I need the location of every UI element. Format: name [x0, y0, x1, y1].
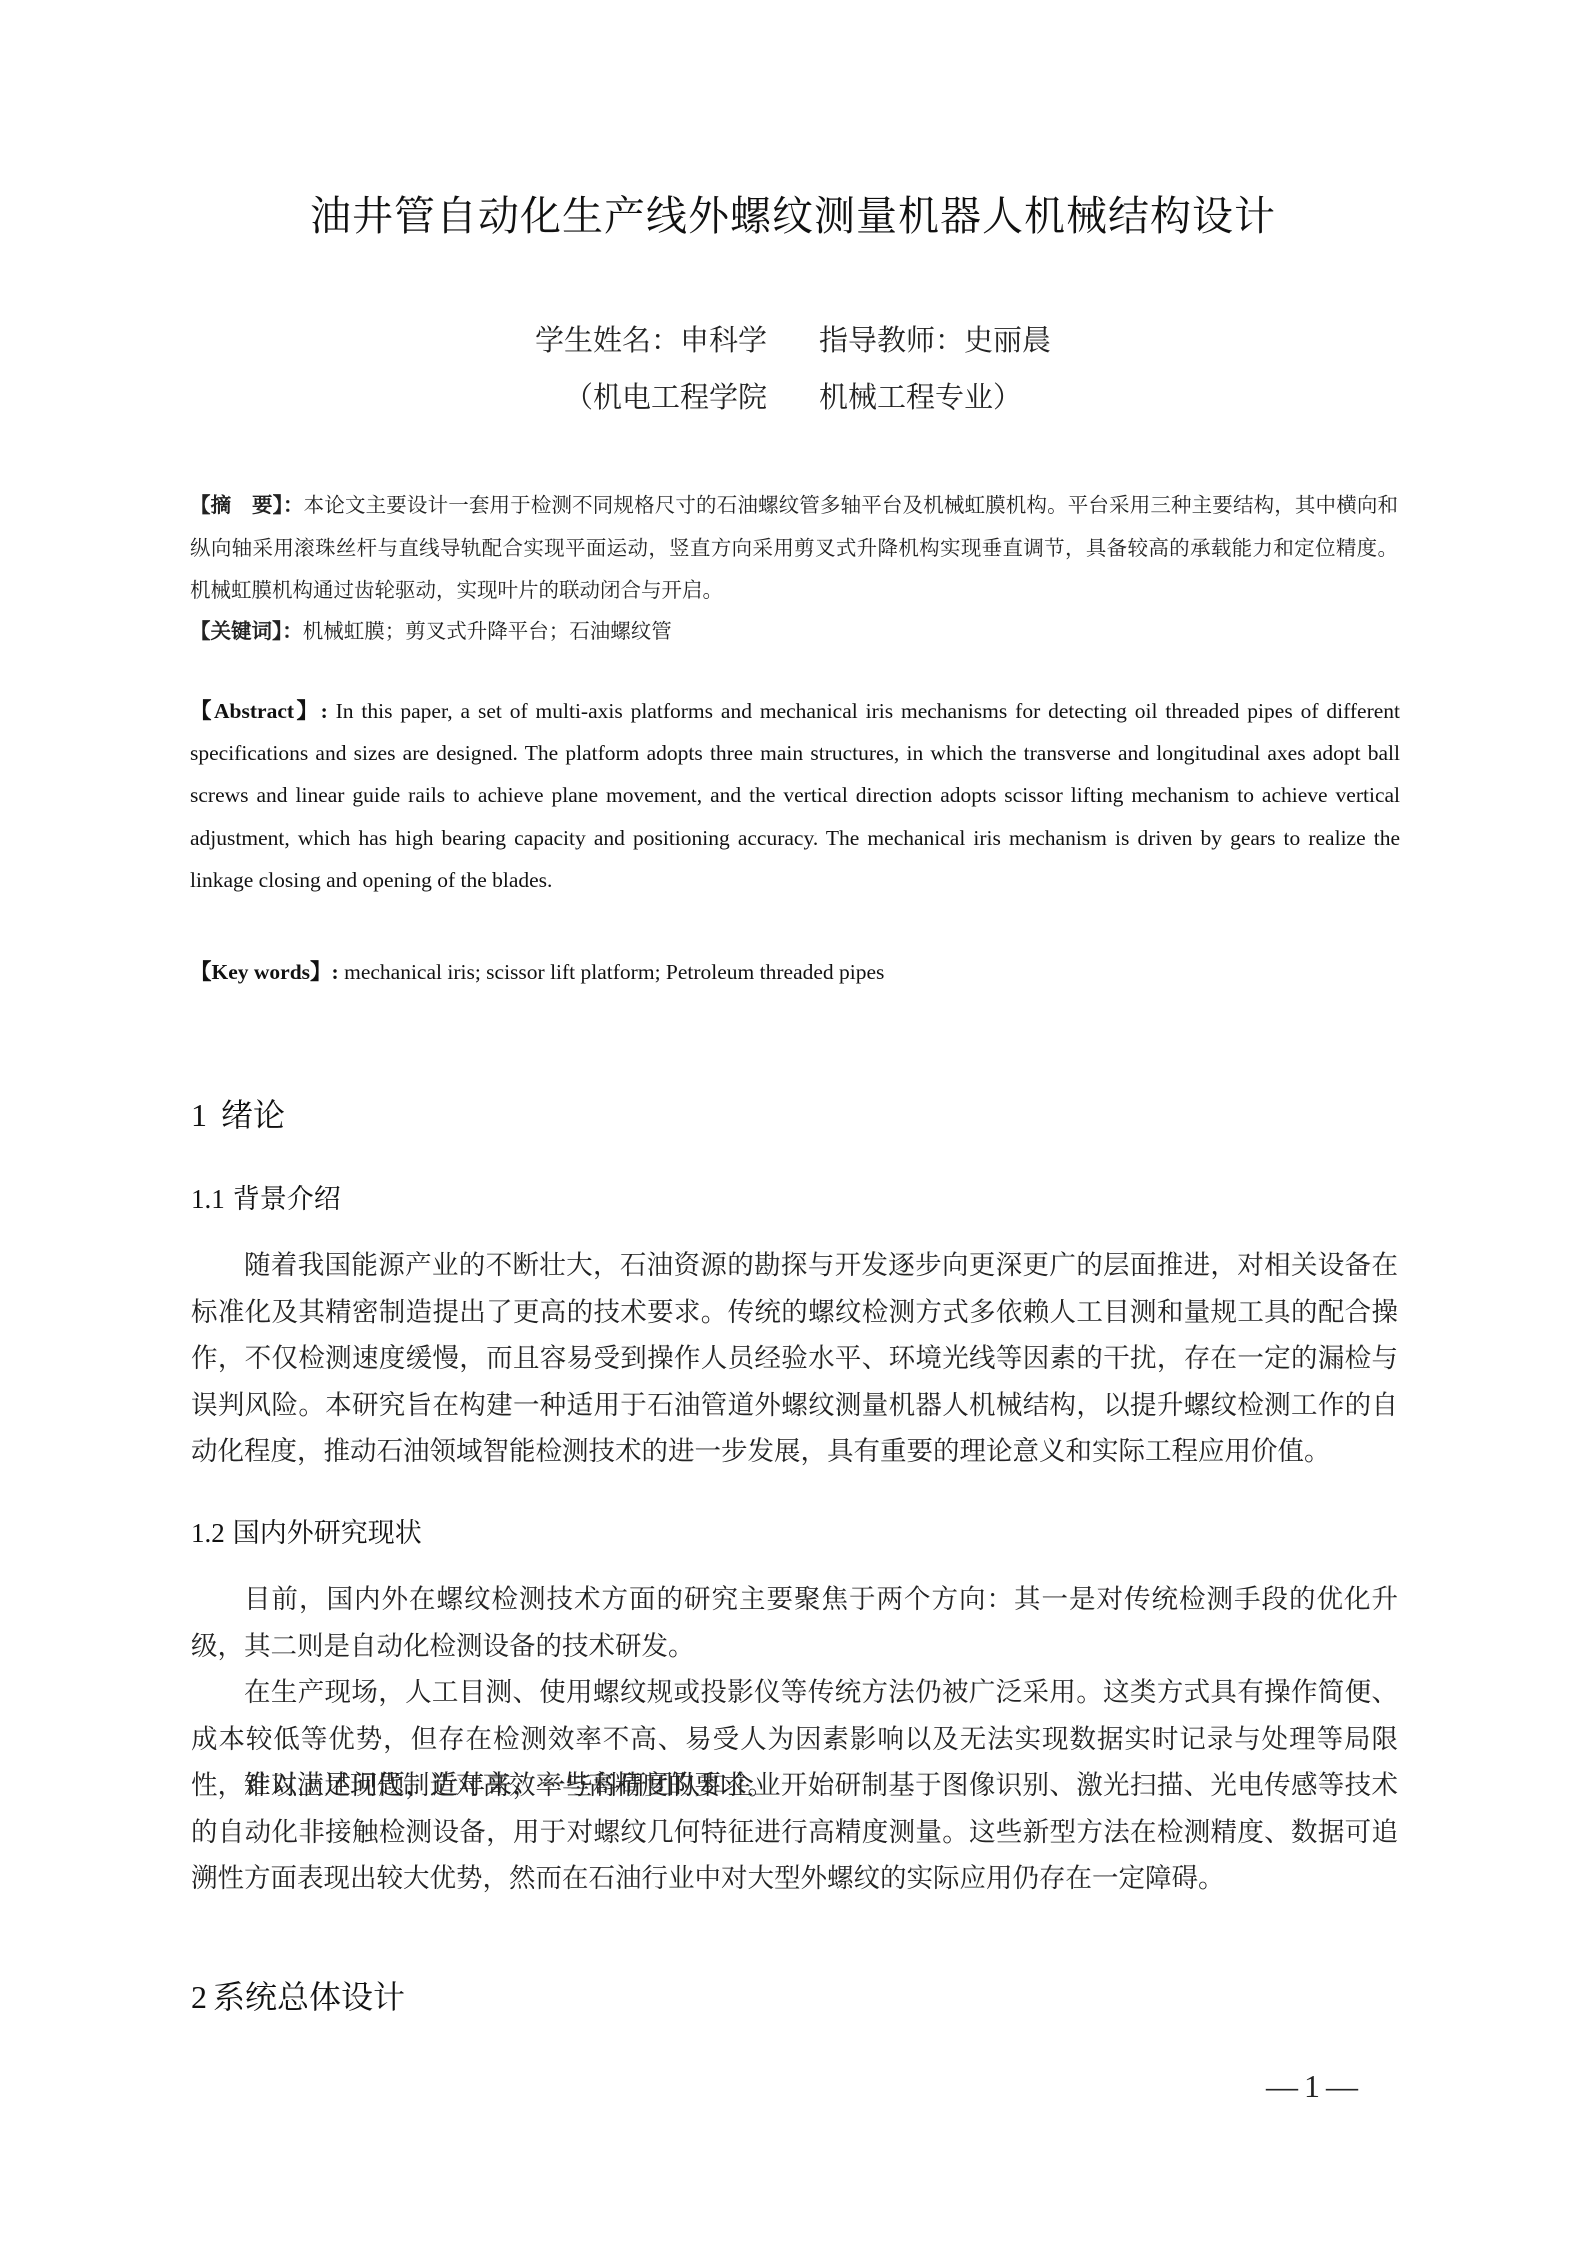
abstract-cn: 【摘 要】：本论文主要设计一套用于检测不同规格尺寸的石油螺纹管多轴平台及机械虹膜…	[190, 484, 1398, 612]
paper-title: 油井管自动化生产线外螺纹测量机器人机械结构设计	[0, 183, 1586, 242]
advisor-label: 指导教师：	[819, 323, 964, 357]
section-heading-1: 1绪论	[191, 1090, 285, 1136]
keywords-en-colon: :	[332, 960, 345, 984]
keywords-en: 【Key words】: mechanical iris; scissor li…	[190, 954, 1400, 990]
keywords-en-text: mechanical iris; scissor lift platform; …	[344, 960, 884, 984]
keywords-cn-colon: ：	[282, 619, 303, 643]
subsection-heading-1-2: 1.2国内外研究现状	[191, 1511, 422, 1550]
major-name: 机械工程专业	[819, 380, 993, 414]
abstract-en-label: 【Abstract】	[190, 699, 321, 723]
abstract-en-colon: :	[321, 699, 336, 723]
keywords-cn: 【关键词】：机械虹膜；剪叉式升降平台；石油螺纹管	[190, 610, 1398, 652]
college-name: 机电工程学院	[593, 380, 767, 414]
section-number: 2	[191, 1979, 207, 2015]
keywords-cn-text: 机械虹膜；剪叉式升降平台；石油螺纹管	[303, 619, 672, 643]
subsection-number: 1.2	[191, 1518, 225, 1548]
section-title: 系统总体设计	[213, 1978, 405, 2016]
paper-page: 油井管自动化生产线外螺纹测量机器人机械结构设计 学生姓名：申科学指导教师：史丽晨…	[0, 0, 1586, 2245]
advisor-name: 史丽晨	[964, 323, 1051, 357]
paren-close: ）	[993, 380, 1022, 414]
subsection-title: 背景介绍	[233, 1184, 341, 1215]
paragraph: 目前，国内外在螺纹检测技术方面的研究主要聚焦于两个方向：其一是对传统检测手段的优…	[191, 1577, 1398, 1670]
section-heading-2: 2系统总体设计	[191, 1972, 405, 2018]
abstract-en-text: In this paper, a set of multi-axis platf…	[190, 699, 1400, 892]
abstract-cn-colon: ：	[283, 493, 304, 517]
affiliation-line: （机电工程学院机械工程专业）	[0, 375, 1586, 416]
page-number: —1—	[1250, 2068, 1380, 2105]
abstract-cn-text: 本论文主要设计一套用于检测不同规格尺寸的石油螺纹管多轴平台及机械虹膜机构。平台采…	[190, 493, 1398, 602]
subsection-heading-1-1: 1.1背景介绍	[191, 1177, 341, 1216]
subsection-number: 1.1	[191, 1184, 225, 1214]
keywords-cn-label: 【关键词】	[190, 619, 282, 643]
keywords-en-label: 【Key words】	[190, 960, 332, 984]
section-title: 绪论	[221, 1096, 285, 1134]
abstract-en: 【Abstract】: In this paper, a set of mult…	[190, 690, 1400, 901]
paren-open: （	[564, 380, 593, 414]
paragraph: 针对上述问题，近年来，一些科研团队和企业开始研制基于图像识别、激光扫描、光电传感…	[191, 1763, 1398, 1903]
student-name: 申科学	[680, 323, 767, 357]
author-line: 学生姓名：申科学指导教师：史丽晨	[0, 318, 1586, 359]
abstract-cn-label: 【摘 要】	[190, 493, 283, 517]
subsection-title: 国内外研究现状	[233, 1518, 422, 1549]
student-label: 学生姓名：	[535, 323, 680, 357]
section-number: 1	[191, 1097, 207, 1133]
paragraph: 随着我国能源产业的不断壮大，石油资源的勘探与开发逐步向更深更广的层面推进，对相关…	[191, 1243, 1398, 1476]
